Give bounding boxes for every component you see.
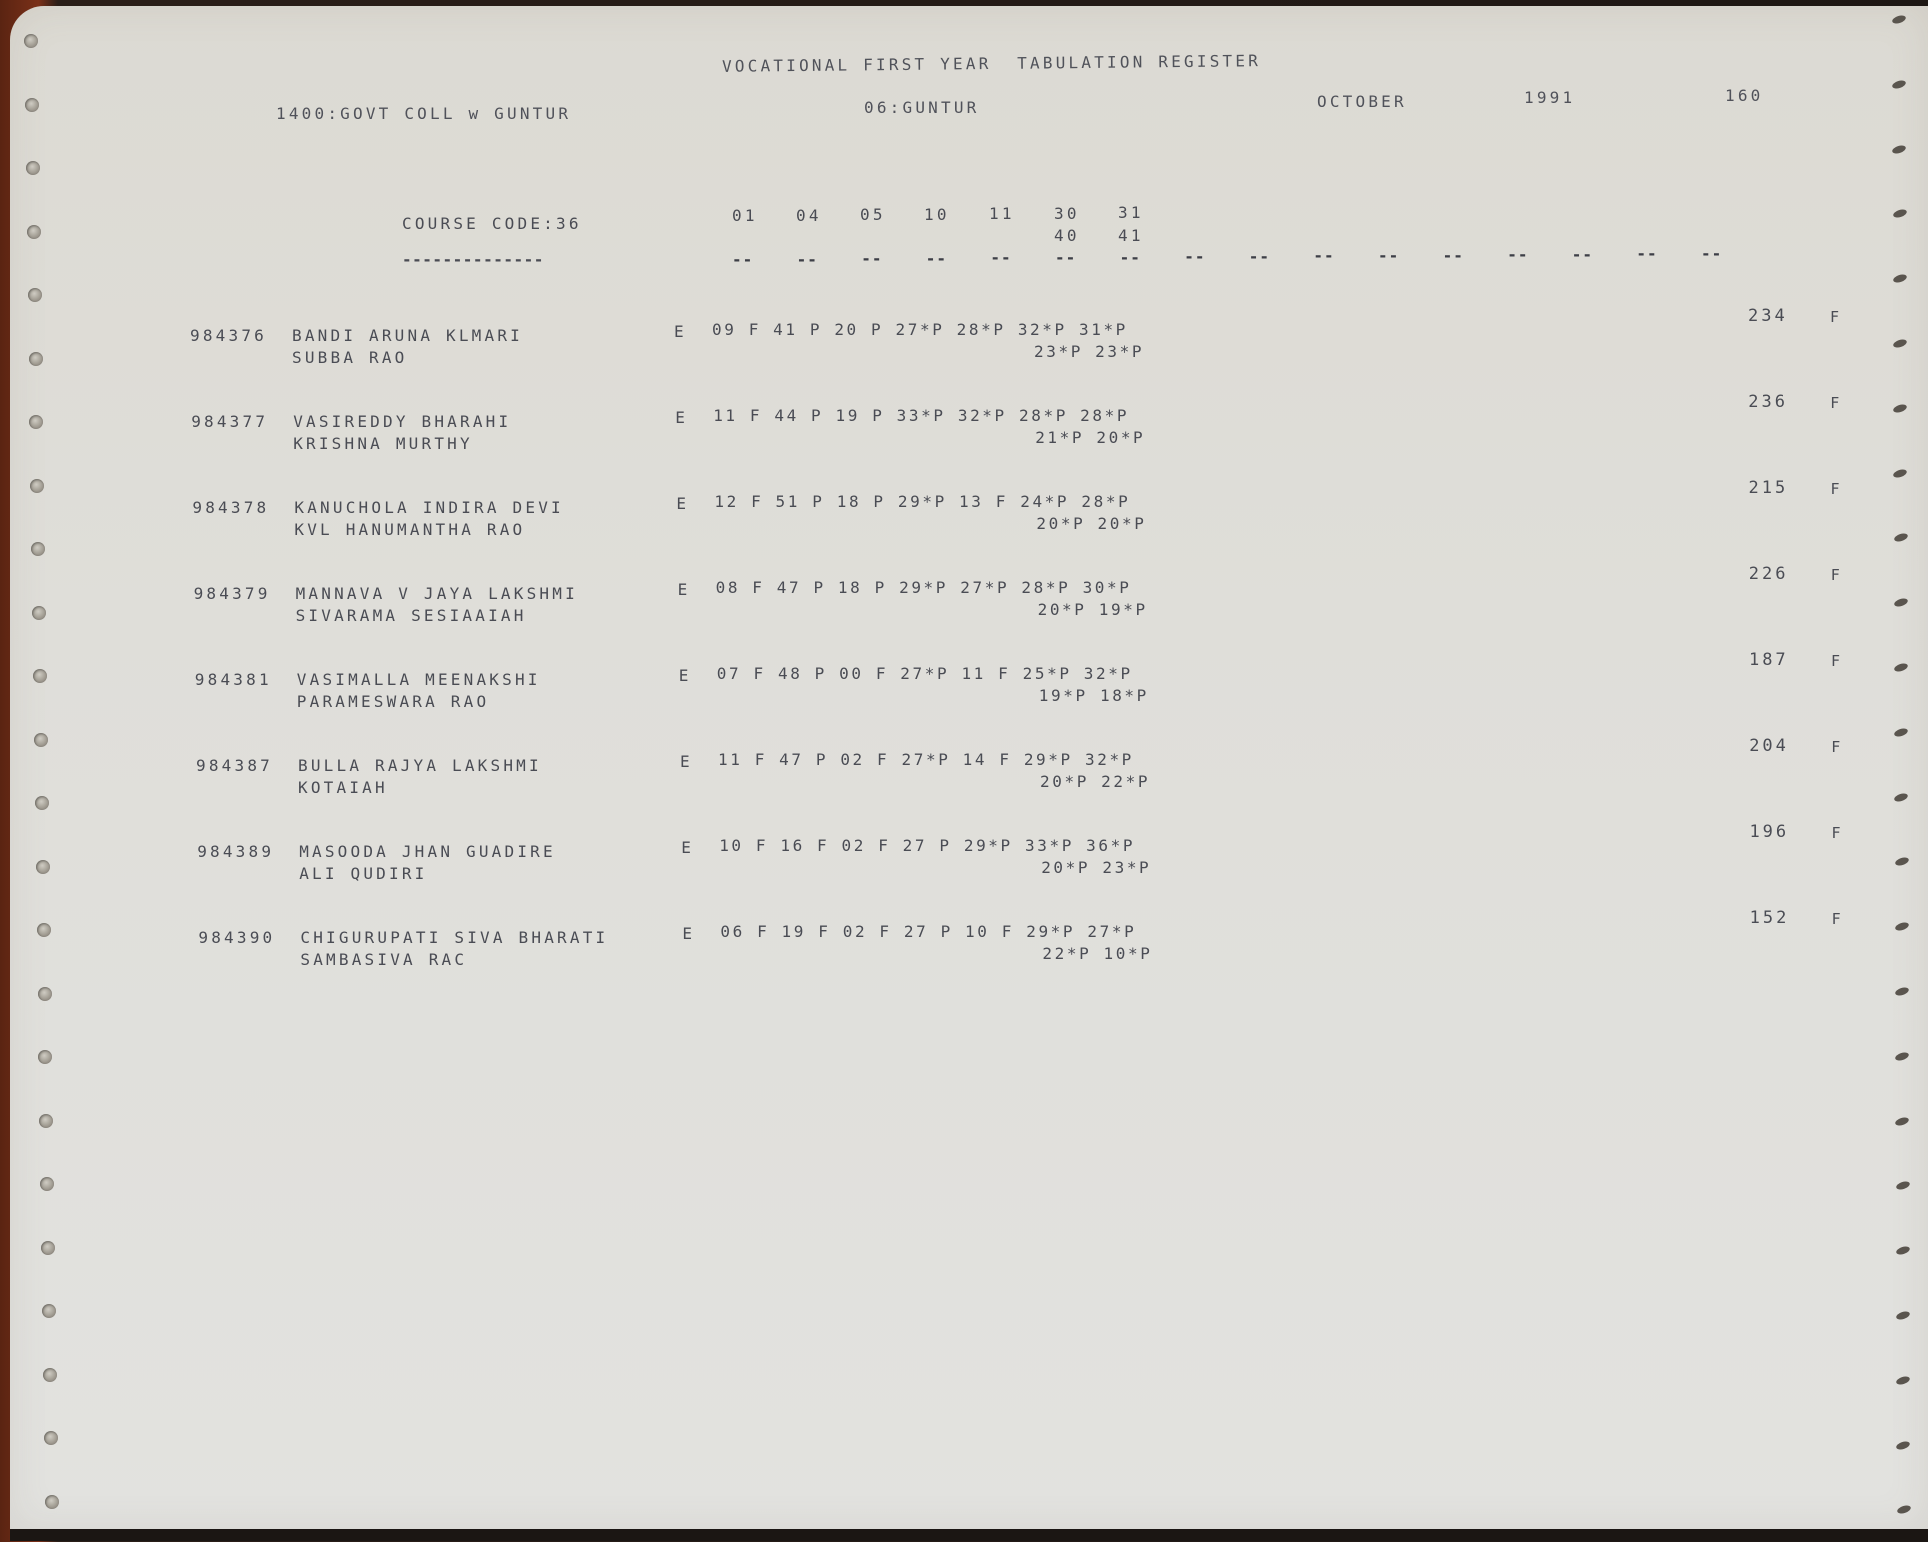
student-name: MANNAVA V JAYA LAKSHMI <box>296 584 578 603</box>
roll-number: 984387 <box>196 756 273 775</box>
perforation-hole-icon <box>38 1050 52 1064</box>
perforation-hole-icon <box>27 225 41 239</box>
subject-code: 31 <box>1118 203 1144 222</box>
marks-line-1: 06 F 19 F 02 F 27 P 10 F 29*P 27*P <box>720 922 1136 941</box>
perforation-hole-icon <box>1895 1180 1910 1191</box>
perforation-hole-icon <box>24 34 38 48</box>
subject-code: 04 <box>796 206 822 225</box>
result-status: F <box>1830 480 1839 498</box>
perforation-hole-icon <box>1894 856 1909 867</box>
marks-line-1: 12 F 51 P 18 P 29*P 13 F 24*P 28*P <box>714 492 1130 511</box>
total-marks: 196 <box>1749 822 1789 842</box>
perforation-hole-icon <box>42 1304 56 1318</box>
parent-name: KVL HANUMANTHA RAO <box>294 520 525 539</box>
perforation-hole-icon <box>33 669 47 683</box>
column-separator: -- <box>1572 245 1593 264</box>
perforation-hole-icon <box>1893 727 1908 738</box>
subject-code: 01 <box>732 206 758 225</box>
result-status: F <box>1830 308 1839 326</box>
perforation-hole-icon <box>1895 1116 1910 1127</box>
parent-name: ALI QUDIRI <box>299 864 427 883</box>
medium-code: E <box>682 924 695 943</box>
total-marks: 234 <box>1748 306 1788 326</box>
column-separator: -- <box>1184 247 1205 266</box>
parent-name: KRISHNA MURTHY <box>293 434 473 453</box>
marks-line-2: 20*P 22*P <box>1040 772 1150 791</box>
marks-line-2: 22*P 10*P <box>1042 944 1152 963</box>
perforation-hole-icon <box>26 161 40 175</box>
student-name: BANDI ARUNA KLMARI <box>292 326 523 345</box>
column-separator: -- <box>861 249 882 268</box>
marks-line-2: 20*P 19*P <box>1038 600 1148 619</box>
exam-month: OCTOBER <box>1317 92 1407 111</box>
register-title: VOCATIONAL FIRST YEAR TABULATION REGISTE… <box>722 51 1261 76</box>
perforation-hole-icon <box>1894 921 1909 932</box>
medium-code: E <box>679 666 692 685</box>
perforation-hole-icon <box>40 1177 54 1191</box>
total-marks: 226 <box>1749 564 1789 584</box>
parent-name: SIVARAMA SESIAAIAH <box>296 606 527 625</box>
perforation-hole-icon <box>1895 1245 1910 1256</box>
marks-line-2: 19*P 18*P <box>1039 686 1149 705</box>
medium-code: E <box>675 408 688 427</box>
parent-name: SAMBASIVA RAC <box>300 950 467 969</box>
course-code-underline: -------------- <box>402 250 544 269</box>
column-separator: -- <box>1120 248 1141 267</box>
perforation-hole-icon <box>1893 532 1908 543</box>
column-separator: -- <box>797 250 818 269</box>
roll-number: 984378 <box>192 498 269 517</box>
roll-number: 984389 <box>197 842 274 861</box>
subject-code: 05 <box>860 205 886 224</box>
perforation-hole-icon <box>1895 1310 1910 1321</box>
perforation-hole-icon <box>1895 1375 1910 1386</box>
parent-name: PARAMESWARA RAO <box>297 692 490 711</box>
total-marks: 187 <box>1749 650 1789 670</box>
total-marks: 204 <box>1749 736 1789 756</box>
perforation-hole-icon <box>44 1431 58 1445</box>
perforation-hole-icon <box>43 1368 57 1382</box>
college-code: 1400:GOVT COLL w GUNTUR <box>276 104 571 123</box>
column-separator: -- <box>1378 246 1399 265</box>
perforation-hole-icon <box>1894 1051 1909 1062</box>
page-number: 160 <box>1725 86 1764 105</box>
perforation-hole-icon <box>1896 1440 1911 1451</box>
column-separator: -- <box>990 248 1011 267</box>
perforation-hole-icon <box>30 479 44 493</box>
perforation-hole-icon <box>32 606 46 620</box>
parent-name: SUBBA RAO <box>292 348 408 367</box>
column-separator: -- <box>1701 244 1722 263</box>
result-status: F <box>1831 738 1840 756</box>
result-status: F <box>1831 652 1840 670</box>
column-separator: -- <box>1636 244 1657 263</box>
student-name: CHIGURUPATI SIVA BHARATI <box>300 928 608 947</box>
result-status: F <box>1831 824 1840 842</box>
perforation-hole-icon <box>1892 208 1907 219</box>
perforation-hole-icon <box>39 1114 53 1128</box>
perforation-hole-icon <box>1891 14 1906 25</box>
perforation-hole-icon <box>34 733 48 747</box>
perforation-hole-icon <box>1893 662 1908 673</box>
roll-number: 984377 <box>191 412 268 431</box>
perforation-hole-icon <box>25 98 39 112</box>
perforation-hole-icon <box>37 923 51 937</box>
perforation-hole-icon <box>1893 597 1908 608</box>
result-status: F <box>1830 394 1839 412</box>
perforation-hole-icon <box>28 288 42 302</box>
total-marks: 215 <box>1748 478 1788 498</box>
perforation-hole-icon <box>31 542 45 556</box>
roll-number: 984376 <box>190 326 267 345</box>
perforation-hole-icon <box>41 1241 55 1255</box>
total-marks: 236 <box>1748 392 1788 412</box>
medium-code: E <box>674 322 687 341</box>
student-name: VASIMALLA MEENAKSHI <box>297 670 541 689</box>
roll-number: 984379 <box>194 584 271 603</box>
perforation-hole-icon <box>1892 338 1907 349</box>
exam-year: 1991 <box>1524 88 1575 107</box>
perforation-hole-icon <box>38 987 52 1001</box>
medium-code: E <box>676 494 689 513</box>
parent-name: KOTAIAH <box>298 778 388 797</box>
medium-code: E <box>680 752 693 771</box>
perforation-hole-icon <box>1894 986 1909 997</box>
perforation-hole-icon <box>1894 792 1909 803</box>
roll-number: 984390 <box>198 928 275 947</box>
column-separator: -- <box>926 249 947 268</box>
perforation-hole-icon <box>29 352 43 366</box>
result-status: F <box>1832 910 1841 928</box>
marks-line-2: 20*P 23*P <box>1041 858 1151 877</box>
student-name: VASIREDDY BHARAHI <box>293 412 511 431</box>
perforation-hole-icon <box>29 415 43 429</box>
perforation-hole-icon <box>1892 144 1907 155</box>
column-separator: -- <box>1507 245 1528 264</box>
subject-code: 11 <box>989 204 1015 223</box>
result-status: F <box>1831 566 1840 584</box>
subject-code-secondary: 40 <box>1054 226 1080 245</box>
continuous-form-paper: VOCATIONAL FIRST YEAR TABULATION REGISTE… <box>10 6 1928 1531</box>
subject-code: 30 <box>1054 204 1080 223</box>
perforation-hole-icon <box>45 1495 59 1509</box>
marks-line-1: 08 F 47 P 18 P 29*P 27*P 28*P 30*P <box>716 578 1132 597</box>
column-separator: -- <box>1055 248 1076 267</box>
marks-line-2: 23*P 23*P <box>1034 342 1144 361</box>
perforation-hole-icon <box>35 796 49 810</box>
perforation-hole-icon <box>1896 1504 1911 1515</box>
total-marks: 152 <box>1750 908 1790 928</box>
marks-line-1: 11 F 44 P 19 P 33*P 32*P 28*P 28*P <box>713 406 1129 425</box>
medium-code: E <box>678 580 691 599</box>
course-code-label: COURSE CODE:36 <box>402 214 582 233</box>
perforation-hole-icon <box>1893 468 1908 479</box>
marks-line-1: 07 F 48 P 00 F 27*P 11 F 25*P 32*P <box>717 664 1133 683</box>
medium-code: E <box>681 838 694 857</box>
marks-line-1: 09 F 41 P 20 P 27*P 28*P 32*P 31*P <box>712 320 1128 339</box>
marks-line-2: 20*P 20*P <box>1036 514 1146 533</box>
perforation-hole-icon <box>1891 79 1906 90</box>
perforation-hole-icon <box>1892 403 1907 414</box>
column-separator: -- <box>1313 246 1334 265</box>
marks-line-1: 10 F 16 F 02 F 27 P 29*P 33*P 36*P <box>719 836 1135 855</box>
student-name: BULLA RAJYA LAKSHMI <box>298 756 542 775</box>
roll-number: 984381 <box>195 670 272 689</box>
perforation-hole-icon <box>1892 273 1907 284</box>
student-name: KANUCHOLA INDIRA DEVI <box>294 498 564 517</box>
marks-line-2: 21*P 20*P <box>1035 428 1145 447</box>
subject-code: 10 <box>924 205 950 224</box>
marks-line-1: 11 F 47 P 02 F 27*P 14 F 29*P 32*P <box>718 750 1134 769</box>
column-separator: -- <box>1443 246 1464 265</box>
student-name: MASOODA JHAN GUADIRE <box>299 842 556 861</box>
perforation-hole-icon <box>36 860 50 874</box>
column-separator: -- <box>732 250 753 269</box>
column-separator: -- <box>1249 247 1270 266</box>
district-code: 06:GUNTUR <box>864 98 980 117</box>
subject-code-secondary: 41 <box>1118 226 1144 245</box>
